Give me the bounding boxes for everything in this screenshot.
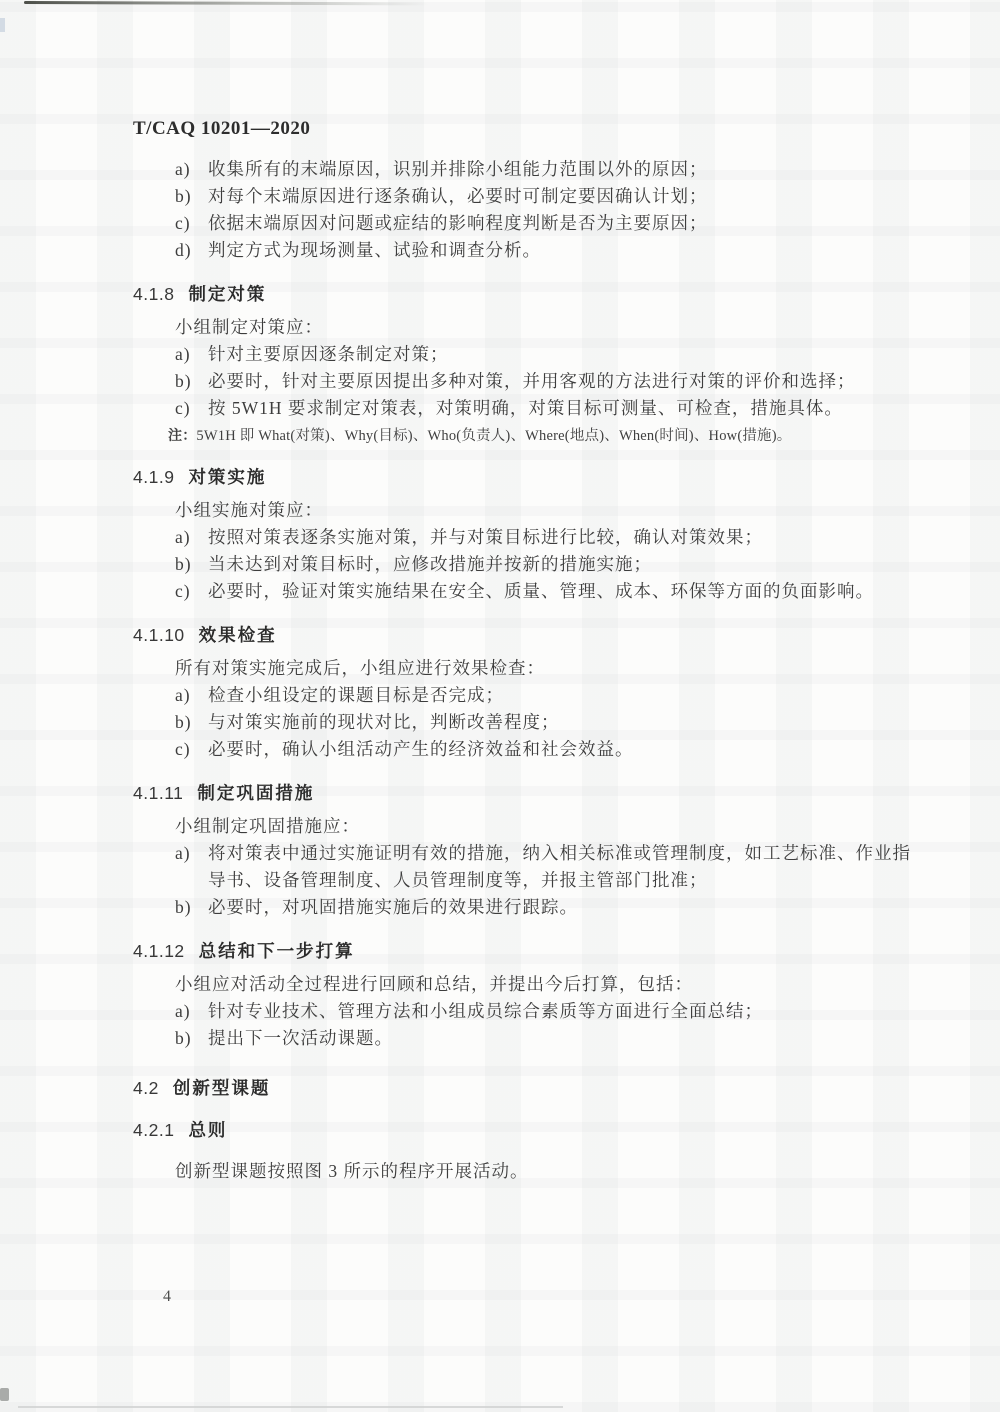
clause-text: 按照对策表逐条实施对策，并与对策目标进行比较，确认对策效果；: [208, 524, 911, 551]
section-heading: 4.2.1总则: [133, 1120, 911, 1140]
section-title: 总则: [188, 1120, 227, 1140]
clause-text: 必要时，对巩固措施实施后的效果进行跟踪。: [208, 894, 911, 921]
clause-label: d): [175, 237, 208, 264]
clause-label: a): [175, 998, 208, 1025]
section-paragraph: 创新型课题按照图 3 所示的程序开展活动。: [175, 1158, 911, 1185]
section-4-1-11: 4.1.11制定巩固措施 小组制定巩固措施应： a) 将对策表中通过实施证明有效…: [133, 783, 911, 921]
section-number: 4.1.9: [133, 467, 174, 487]
scan-artifact-bottom-line: [18, 1406, 563, 1408]
clause-item: d) 判定方式为现场测量、试验和调查分析。: [175, 237, 911, 264]
clause-item: b) 提出下一次活动课题。: [175, 1025, 911, 1052]
section-number: 4.2: [133, 1078, 159, 1098]
scan-artifact-left-tick: [0, 18, 5, 32]
section-heading: 4.1.10效果检查: [133, 625, 911, 645]
clause-label: a): [175, 840, 208, 894]
scanned-document-page: T/CAQ 10201—2020 a) 收集所有的末端原因，识别并排除小组能力范…: [0, 0, 1000, 1412]
clause-label: b): [175, 894, 208, 921]
section-4-1-12: 4.1.12总结和下一步打算 小组应对活动全过程进行回顾和总结，并提出今后打算，…: [133, 941, 911, 1052]
clause-text: 判定方式为现场测量、试验和调查分析。: [208, 237, 911, 264]
clause-item: b) 对每个末端原因进行逐条确认，必要时可制定要因确认计划；: [175, 183, 911, 210]
clause-text: 收集所有的末端原因，识别并排除小组能力范围以外的原因；: [208, 156, 911, 183]
clause-label: a): [175, 682, 208, 709]
section-note: 注：5W1H 即 What(对策)、Why(目标)、Who(负责人)、Where…: [168, 424, 911, 447]
page-number: 4: [163, 1288, 172, 1306]
section-intro: 小组制定对策应：: [175, 314, 911, 341]
clause-label: c): [175, 395, 208, 422]
clause-item: b) 必要时，针对主要原因提出多种对策，并用客观的方法进行对策的评价和选择；: [175, 368, 911, 395]
section-body: 小组实施对策应： a) 按照对策表逐条实施对策，并与对策目标进行比较，确认对策效…: [133, 497, 911, 605]
clause-item: a) 按照对策表逐条实施对策，并与对策目标进行比较，确认对策效果；: [175, 524, 911, 551]
section-heading: 4.1.9对策实施: [133, 467, 911, 487]
clause-text: 必要时，确认小组活动产生的经济效益和社会效益。: [208, 736, 911, 763]
clause-text: 对每个末端原因进行逐条确认，必要时可制定要因确认计划；: [208, 183, 911, 210]
section-4-1-8: 4.1.8制定对策 小组制定对策应： a) 针对主要原因逐条制定对策； b) 必…: [133, 284, 911, 447]
scan-artifact-bottom-speck: [0, 1388, 9, 1401]
section-number: 4.1.12: [133, 941, 185, 961]
section-body: 小组制定巩固措施应： a) 将对策表中通过实施证明有效的措施，纳入相关标准或管理…: [133, 813, 911, 921]
clause-item: c) 按 5W1H 要求制定对策表，对策明确，对策目标可测量、可检查，措施具体。: [175, 395, 911, 422]
clause-item: a) 检查小组设定的课题目标是否完成；: [175, 682, 911, 709]
note-label: 注：: [168, 427, 196, 443]
clause-text: 按 5W1H 要求制定对策表，对策明确，对策目标可测量、可检查，措施具体。: [208, 395, 911, 422]
clause-label: a): [175, 341, 208, 368]
section-intro: 小组应对活动全过程进行回顾和总结，并提出今后打算，包括：: [175, 971, 911, 998]
section-body: 小组应对活动全过程进行回顾和总结，并提出今后打算，包括： a) 针对专业技术、管…: [133, 971, 911, 1052]
section-heading: 4.1.11制定巩固措施: [133, 783, 911, 803]
section-4-1-9: 4.1.9对策实施 小组实施对策应： a) 按照对策表逐条实施对策，并与对策目标…: [133, 467, 911, 605]
section-title: 对策实施: [188, 467, 266, 487]
clause-label: b): [175, 551, 208, 578]
clause-label: c): [175, 736, 208, 763]
section-4-2-1: 4.2.1总则 创新型课题按照图 3 所示的程序开展活动。: [133, 1120, 911, 1185]
clause-label: a): [175, 524, 208, 551]
clause-label: b): [175, 1025, 208, 1052]
clause-label: b): [175, 368, 208, 395]
clause-text: 针对主要原因逐条制定对策；: [208, 341, 911, 368]
note-text: 5W1H 即 What(对策)、Why(目标)、Who(负责人)、Where(地…: [196, 428, 791, 444]
clause-item: a) 将对策表中通过实施证明有效的措施，纳入相关标准或管理制度，如工艺标准、作业…: [175, 840, 911, 894]
section-title: 制定巩固措施: [197, 783, 314, 803]
section-intro: 所有对策实施完成后，小组应进行效果检查：: [175, 655, 911, 682]
section-4-2: 4.2创新型课题: [133, 1078, 911, 1098]
section-title: 效果检查: [199, 625, 277, 645]
clause-text: 依据末端原因对问题或症结的影响程度判断是否为主要原因；: [208, 210, 911, 237]
lead-clause-list: a) 收集所有的末端原因，识别并排除小组能力范围以外的原因； b) 对每个末端原…: [133, 156, 911, 264]
page-content: T/CAQ 10201—2020 a) 收集所有的末端原因，识别并排除小组能力范…: [133, 0, 911, 1185]
section-heading: 4.1.12总结和下一步打算: [133, 941, 911, 961]
document-header: T/CAQ 10201—2020: [133, 118, 911, 140]
clause-text: 检查小组设定的课题目标是否完成；: [208, 682, 911, 709]
clause-text: 必要时，验证对策实施结果在安全、质量、管理、成本、环保等方面的负面影响。: [208, 578, 911, 605]
section-4-1-10: 4.1.10效果检查 所有对策实施完成后，小组应进行效果检查： a) 检查小组设…: [133, 625, 911, 763]
clause-label: b): [175, 709, 208, 736]
clause-text: 当未达到对策目标时，应修改措施并按新的措施实施；: [208, 551, 911, 578]
section-number: 4.1.8: [133, 284, 174, 304]
clause-label: b): [175, 183, 208, 210]
clause-text: 针对专业技术、管理方法和小组成员综合素质等方面进行全面总结；: [208, 998, 911, 1025]
clause-label: c): [175, 210, 208, 237]
clause-item: c) 必要时，确认小组活动产生的经济效益和社会效益。: [175, 736, 911, 763]
section-heading: 4.2创新型课题: [133, 1078, 911, 1098]
section-number: 4.1.11: [133, 783, 183, 803]
clause-text: 与对策实施前的现状对比，判断改善程度；: [208, 709, 911, 736]
clause-label: a): [175, 156, 208, 183]
clause-text: 提出下一次活动课题。: [208, 1025, 911, 1052]
clause-item: a) 针对主要原因逐条制定对策；: [175, 341, 911, 368]
section-heading: 4.1.8制定对策: [133, 284, 911, 304]
clause-item: a) 针对专业技术、管理方法和小组成员综合素质等方面进行全面总结；: [175, 998, 911, 1025]
section-body: 所有对策实施完成后，小组应进行效果检查： a) 检查小组设定的课题目标是否完成；…: [133, 655, 911, 763]
section-number: 4.1.10: [133, 625, 185, 645]
clause-item: c) 依据末端原因对问题或症结的影响程度判断是否为主要原因；: [175, 210, 911, 237]
clause-text: 必要时，针对主要原因提出多种对策，并用客观的方法进行对策的评价和选择；: [208, 368, 911, 395]
section-title: 创新型课题: [173, 1078, 271, 1098]
clause-item: b) 当未达到对策目标时，应修改措施并按新的措施实施；: [175, 551, 911, 578]
clause-item: b) 必要时，对巩固措施实施后的效果进行跟踪。: [175, 894, 911, 921]
section-body: 小组制定对策应： a) 针对主要原因逐条制定对策； b) 必要时，针对主要原因提…: [133, 314, 911, 447]
section-title: 制定对策: [188, 284, 266, 304]
section-intro: 小组实施对策应：: [175, 497, 911, 524]
clause-text: 将对策表中通过实施证明有效的措施，纳入相关标准或管理制度，如工艺标准、作业指导书…: [208, 840, 911, 894]
section-number: 4.2.1: [133, 1120, 174, 1140]
clause-item: a) 收集所有的末端原因，识别并排除小组能力范围以外的原因；: [175, 156, 911, 183]
clause-label: c): [175, 578, 208, 605]
section-intro: 小组制定巩固措施应：: [175, 813, 911, 840]
clause-item: c) 必要时，验证对策实施结果在安全、质量、管理、成本、环保等方面的负面影响。: [175, 578, 911, 605]
clause-item: b) 与对策实施前的现状对比，判断改善程度；: [175, 709, 911, 736]
section-title: 总结和下一步打算: [199, 941, 355, 961]
